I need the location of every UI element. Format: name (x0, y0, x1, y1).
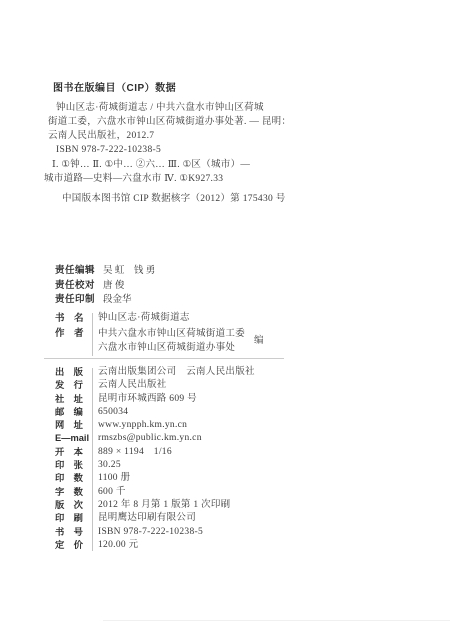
cip-record-number: 中国版本图书馆 CIP 数据核字（2012）第 175430 号 (62, 190, 286, 204)
book-author-suffix: 编 (254, 334, 264, 348)
pub-row-email: E—mail rmszbs@public.km.yn.cn (55, 432, 405, 445)
pub-value: 昆明鹰达印刷有限公司 (98, 512, 196, 525)
staff-value: 唐 俊 (103, 281, 124, 291)
publication-info-table: 出 版 云南出版集团公司 云南人民出版社 发 行 云南人民出版社 社 址 昆明市… (55, 366, 405, 552)
pub-value: ISBN 978-7-222-10238-5 (98, 526, 203, 539)
book-author-label: 作 者 (55, 327, 88, 341)
cip-class-line: Ⅰ. ①钟… Ⅱ. ①中… ②六… Ⅲ. ①区（城市）— (44, 158, 250, 172)
pub-label: 字 数 (55, 486, 88, 499)
book-author-lines: 中共六盘水市钟山区荷城街道工委 六盘水市钟山区荷城街道办事处 (98, 327, 245, 355)
pub-row-edition: 版 次 2012 年 8 月第 1 版第 1 次印刷 (55, 499, 405, 512)
book-title-author-block: 书 名 钟山区志·荷城街道志 作 者 中共六盘水市钟山区荷城街道工委 六盘水市钟… (55, 311, 305, 355)
pub-label: 版 次 (55, 499, 88, 512)
staff-row-editor: 责任编辑吴 虹 钱 勇 (55, 264, 155, 279)
pub-row-publisher: 出 版 云南出版集团公司 云南人民出版社 (55, 366, 405, 379)
pub-label: 发 行 (55, 379, 88, 392)
pub-label: 开 本 (55, 446, 88, 459)
cip-desc-line: 街道工委，六盘水市钟山区荷城街道办事处著. — 昆明： (48, 115, 291, 129)
vertical-rule (92, 368, 93, 551)
pub-value: 1100 册 (98, 472, 130, 485)
staff-credits: 责任编辑吴 虹 钱 勇 责任校对唐 俊 责任印制段金华 (55, 264, 155, 308)
pub-value: 120.00 元 (98, 539, 138, 552)
pub-value: 650034 (98, 406, 128, 419)
pub-label: 印 数 (55, 472, 88, 485)
cip-isbn-line: ISBN 978-7-222-10238-5 (48, 143, 291, 157)
staff-value: 吴 虹 钱 勇 (103, 266, 155, 276)
pub-label: 定 价 (55, 539, 88, 552)
pub-row-isbn: 书 号 ISBN 978-7-222-10238-5 (55, 526, 405, 539)
book-author-line: 六盘水市钟山区荷城街道办事处 (98, 341, 245, 355)
pub-value: 云南出版集团公司 云南人民出版社 (98, 366, 255, 379)
pub-value: 600 千 (98, 486, 126, 499)
pub-row-word-count: 字 数 600 千 (55, 486, 405, 499)
pub-row-postcode: 邮 编 650034 (55, 406, 405, 419)
pub-label: 书 号 (55, 526, 88, 539)
section-divider-line (44, 358, 284, 359)
pub-value: 昆明市环城西路 609 号 (98, 393, 197, 406)
pub-label: 邮 编 (55, 406, 88, 419)
book-title-label: 书 名 (55, 311, 88, 326)
book-title-value: 钟山区志·荷城街道志 (98, 311, 190, 326)
pub-label: 印 刷 (55, 512, 88, 525)
staff-label: 责任编辑 (55, 265, 95, 276)
pub-row-price: 定 价 120.00 元 (55, 539, 405, 552)
book-author-line: 中共六盘水市钟山区荷城街道工委 (98, 327, 245, 341)
pub-row-format: 开 本 889 × 1194 1/16 (55, 446, 405, 459)
book-copyright-page: 图书在版编目（CIP）数据 钟山区志·荷城街道志 / 中共六盘水市钟山区荷城 街… (0, 0, 450, 628)
staff-row-print-supervisor: 责任印制段金华 (55, 293, 155, 308)
pub-value: 2012 年 8 月第 1 版第 1 次印刷 (98, 499, 230, 512)
cip-desc-line: 钟山区志·荷城街道志 / 中共六盘水市钟山区荷城 (48, 101, 291, 115)
page-edge-scan-line (103, 620, 450, 621)
pub-row-sheets: 印 张 30.25 (55, 459, 405, 472)
pub-row-print-run: 印 数 1100 册 (55, 472, 405, 485)
pub-value: 云南人民出版社 (98, 379, 167, 392)
cip-section-title: 图书在版编目（CIP）数据 (53, 79, 176, 94)
pub-row-distributor: 发 行 云南人民出版社 (55, 379, 405, 392)
cip-class-line: 城市道路—史料—六盘水市 Ⅳ. ①K927.33 (44, 172, 250, 186)
pub-value: www.ynpph.km.yn.cn (98, 419, 187, 432)
pub-value: rmszbs@public.km.yn.cn (98, 432, 202, 445)
pub-label: 网 址 (55, 419, 88, 432)
staff-value: 段金华 (103, 295, 132, 305)
pub-row-printer: 印 刷 昆明鹰达印刷有限公司 (55, 512, 405, 525)
pub-label: 出 版 (55, 366, 88, 379)
cip-description: 钟山区志·荷城街道志 / 中共六盘水市钟山区荷城 街道工委，六盘水市钟山区荷城街… (48, 101, 291, 157)
staff-label: 责任印制 (55, 294, 95, 305)
pub-label: E—mail (55, 432, 88, 445)
pub-row-website: 网 址 www.ynpph.km.yn.cn (55, 419, 405, 432)
vertical-rule (92, 313, 93, 356)
cip-desc-line: 云南人民出版社，2012.7 (48, 129, 291, 143)
pub-value: 889 × 1194 1/16 (98, 446, 172, 459)
staff-row-proofreader: 责任校对唐 俊 (55, 279, 155, 294)
pub-label: 社 址 (55, 393, 88, 406)
cip-classification: Ⅰ. ①钟… Ⅱ. ①中… ②六… Ⅲ. ①区（城市）— 城市道路—史料—六盘水… (44, 158, 250, 186)
pub-row-address: 社 址 昆明市环城西路 609 号 (55, 393, 405, 406)
pub-value: 30.25 (98, 459, 121, 472)
staff-label: 责任校对 (55, 280, 95, 291)
pub-label: 印 张 (55, 459, 88, 472)
